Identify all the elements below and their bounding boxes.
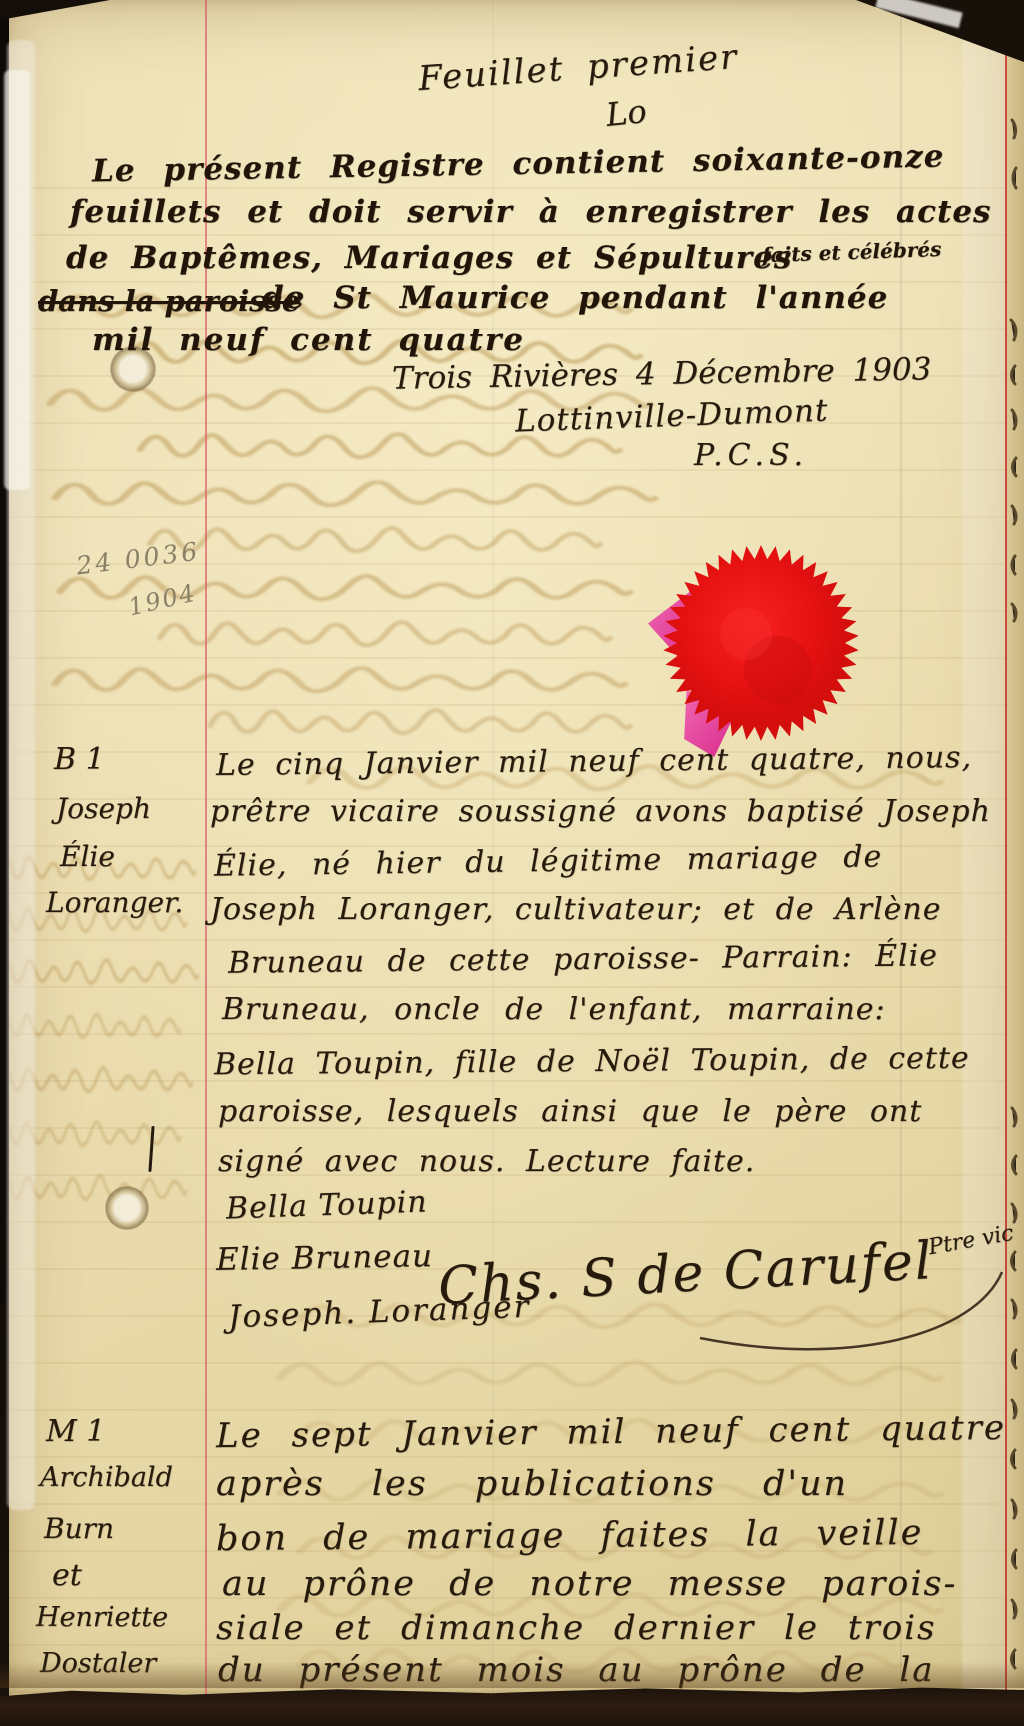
preamble-line-5: mil neuf cent quatre <box>92 322 525 358</box>
signature-bella-toupin: Bella Toupin <box>225 1184 428 1226</box>
entry1-margin-name2: Élie <box>60 840 115 873</box>
entry1-line-6: Bruneau, oncle de l'enfant, marraine: <box>222 992 886 1027</box>
entry1-margin-code: B 1 <box>54 742 105 777</box>
entry1-margin-name3: Loranger. <box>46 886 183 919</box>
title-paraph: Lo <box>604 92 648 134</box>
entry2-line-2: après les publications d'un <box>216 1464 848 1504</box>
entry2-line-4: au prône de notre messe parois- <box>222 1564 957 1604</box>
entry2-line-5: siale et dimanche dernier le trois <box>216 1608 937 1648</box>
entry1-line-4: Joseph Loranger, cultivateur; et de Arlè… <box>210 892 942 927</box>
entry2-margin-conjunction: et <box>52 1558 82 1593</box>
entry1-line-8: paroisse, lesquels ainsi que le père ont <box>218 1094 922 1129</box>
preamble-line-4: de St Maurice pendant l'année <box>262 280 888 316</box>
register-page-scan: Feuillet premier Lo Le présent Registre … <box>0 0 1024 1726</box>
clerk-title-abbrev: P.C.S. <box>694 438 808 473</box>
entry1-margin-name1: Joseph <box>56 792 151 825</box>
entry1-line-9: signé avec nous. Lecture faite. <box>218 1144 755 1179</box>
page-bottom-shadow <box>0 1662 1024 1688</box>
signature-elie-bruneau: Elie Bruneau <box>216 1238 434 1278</box>
entry1-line-2: prêtre vicaire soussigné avons baptisé J… <box>210 794 991 829</box>
entry2-line-1: Le sept Janvier mil neuf cent quatre <box>216 1408 1006 1456</box>
entry2-margin-groom-last: Burn <box>44 1512 114 1545</box>
entry1-line-7: Bella Toupin, fille de Noël Toupin, de c… <box>214 1041 970 1083</box>
preamble-strikethrough-text: dans la paroisse <box>38 284 300 318</box>
punch-hole-bottom <box>105 1186 149 1230</box>
wax-seal <box>660 542 862 744</box>
preamble-line-2: feuillets et doit servir à enregistrer l… <box>70 194 992 230</box>
adjacent-page-ink-marks <box>1006 0 1024 1726</box>
entry2-margin-bride-first: Henriette <box>36 1602 168 1633</box>
entry2-margin-groom-first: Archibald <box>40 1462 173 1493</box>
tape-right-edge <box>962 0 1006 1726</box>
entry2-margin-code: M 1 <box>46 1414 105 1449</box>
entry2-line-3: bon de mariage faites la veille <box>216 1513 924 1559</box>
entry1-line-5: Bruneau de cette paroisse- Parrain: Élie <box>228 938 938 980</box>
tape-left-upper <box>4 70 30 490</box>
seal-starburst <box>660 542 862 744</box>
preamble-line-3: de Baptêmes, Mariages et Sépultures <box>66 240 792 276</box>
